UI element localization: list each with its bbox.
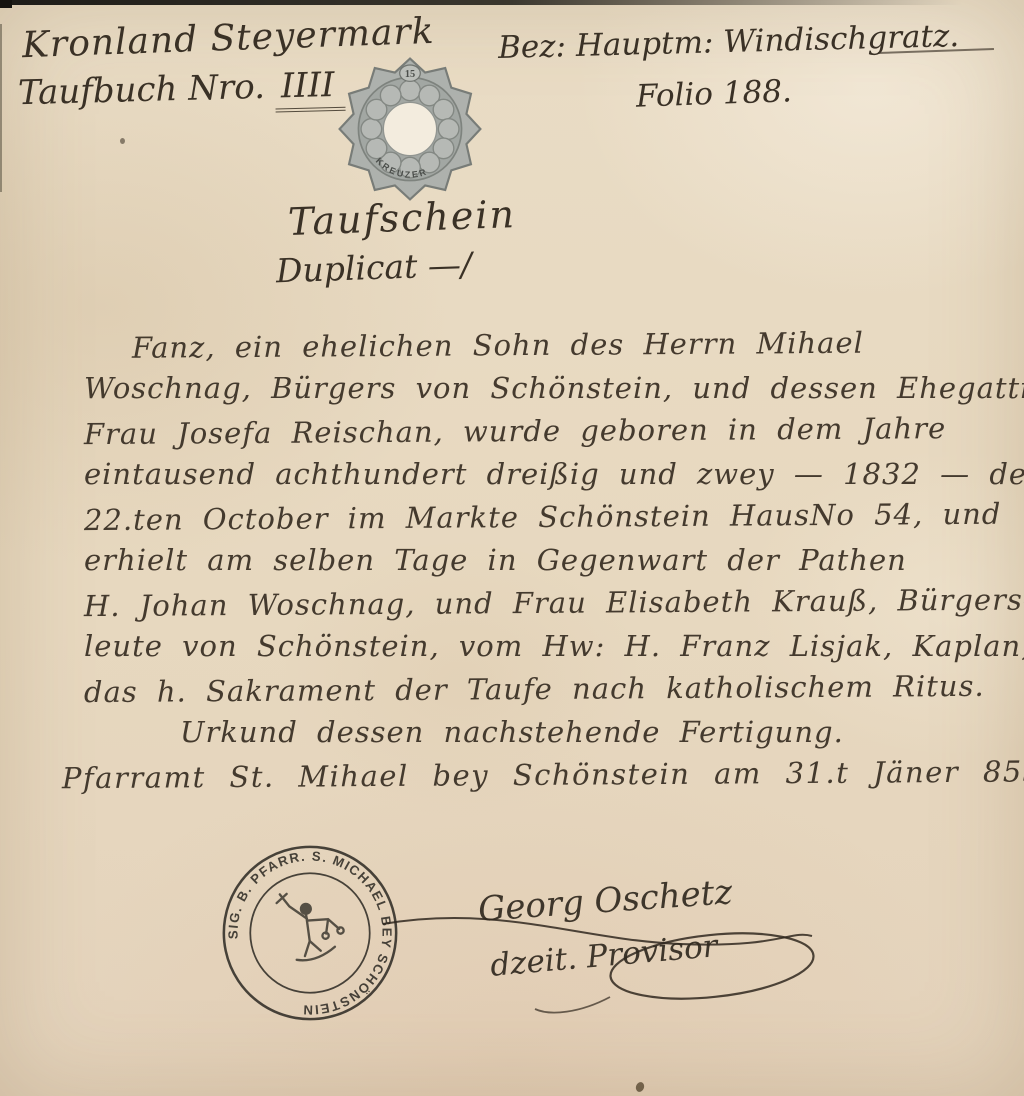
body-line: Frau Josefa Reischan, wurde geboren in d… bbox=[84, 411, 984, 460]
stamp-center-hole bbox=[383, 102, 436, 155]
folio-number: Folio 188. bbox=[635, 75, 792, 113]
certificate-body: Fanz, ein ehelichen Sohn des Herrn Mihae… bbox=[84, 328, 984, 801]
body-line: das h. Sakrament der Taufe nach katholis… bbox=[84, 669, 984, 718]
scan-left-edge bbox=[0, 24, 2, 192]
scan-corner bbox=[0, 0, 12, 8]
district-heading: Bez: Hauptm: Windischgratz. bbox=[498, 20, 960, 65]
body-line: Urkund dessen nachstehende Fertigung. bbox=[84, 715, 984, 758]
body-line: erhielt am selben Tage in Gegenwart der … bbox=[84, 543, 984, 586]
stamp-value: 15 bbox=[405, 69, 415, 80]
body-line: Woschnag, Bürgers von Schönstein, und de… bbox=[84, 371, 984, 414]
register-roman-numeral: IIII bbox=[274, 65, 345, 113]
document-title: Taufschein bbox=[287, 195, 516, 243]
baptism-register-number: Taufbuch Nro.IIII bbox=[18, 68, 345, 112]
baptism-register-label: Taufbuch Nro. bbox=[18, 67, 266, 113]
paper-speck bbox=[635, 1081, 646, 1093]
duplicate-note: Duplicat —/ bbox=[275, 248, 472, 289]
body-line: Pfarramt St. Mihael bey Schönstein am 31… bbox=[62, 755, 984, 804]
baptismal-certificate-page: Kronland Steyermark Taufbuch Nro.IIII Be… bbox=[0, 0, 1024, 1096]
body-line: leute von Schönstein, vom Hw: H. Franz L… bbox=[84, 629, 984, 672]
signature-tail-stroke bbox=[535, 997, 610, 1013]
paper-speck bbox=[120, 138, 125, 144]
body-line: eintausend achthundert dreißig und zwey … bbox=[84, 457, 984, 500]
revenue-stamp-icon: 15 KREUZER bbox=[337, 56, 483, 202]
scan-top-edge bbox=[0, 0, 1024, 5]
body-line: H. Johan Woschnag, und Frau Elisabeth Kr… bbox=[84, 583, 984, 632]
body-line: Fanz, ein ehelichen Sohn des Herrn Mihae… bbox=[84, 325, 984, 374]
body-line: 22.ten October im Markte Schönstein Haus… bbox=[84, 497, 984, 546]
